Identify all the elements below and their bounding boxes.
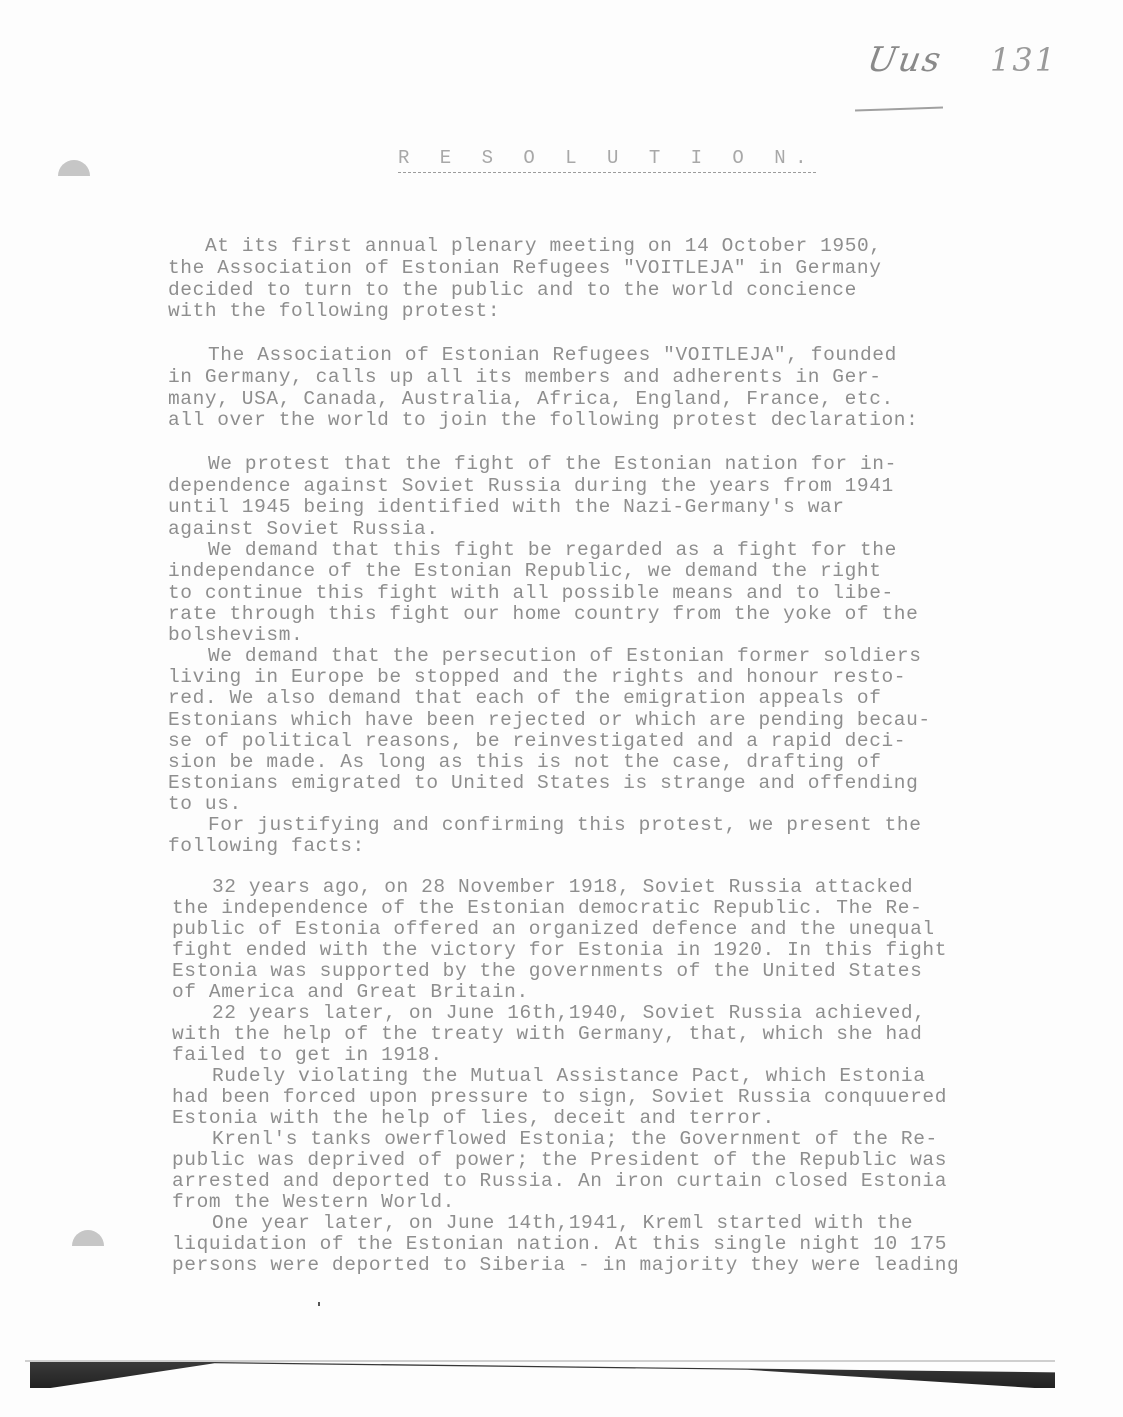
document-title: R E S O L U T I O N. [398, 147, 816, 173]
text-line: fight ended with the victory for Estonia… [172, 940, 947, 961]
text-line: all over the world to join the following… [168, 410, 918, 431]
archive-code: Uus [864, 40, 945, 80]
text-line: red. We also demand that each of the emi… [168, 688, 882, 709]
text-line: independance of the Estonian Republic, w… [168, 561, 882, 582]
text-line: Estonians which have been rejected or wh… [168, 710, 931, 731]
text-line: from the Western World. [172, 1192, 455, 1213]
text-line: against Soviet Russia. [168, 519, 439, 540]
text-line: se of political reasons, be reinvestigat… [168, 731, 906, 752]
text-line: Rudely violating the Mutual Assistance P… [212, 1066, 926, 1087]
page-bottom-shadow [30, 1362, 1055, 1388]
text-line: with the help of the treaty with Germany… [172, 1024, 922, 1045]
text-line: Estonia was supported by the governments… [172, 961, 922, 982]
text-line: 22 years later, on June 16th,1940, Sovie… [212, 1003, 926, 1024]
text-line: The Association of Estonian Refugees "VO… [208, 345, 897, 366]
text-line: until 1945 being identified with the Naz… [168, 497, 845, 518]
punch-hole-top [58, 160, 90, 176]
text-line: to continue this fight with all possible… [168, 583, 894, 604]
text-line: Krenl's tanks owerflowed Estonia; the Go… [212, 1129, 938, 1150]
text-line: We demand that the persecution of Estoni… [208, 646, 922, 667]
text-line: of America and Great Britain. [172, 982, 529, 1003]
text-line: We demand that this fight be regarded as… [208, 540, 897, 561]
text-line: sion be made. As long as this is not the… [168, 752, 882, 773]
text-line: public was deprived of power; the Presid… [172, 1150, 947, 1171]
text-line: rate through this fight our home country… [168, 604, 918, 625]
text-line: following facts: [168, 836, 365, 857]
punch-hole-bottom [72, 1230, 104, 1246]
text-line: 32 years ago, on 28 November 1918, Sovie… [212, 877, 913, 898]
text-line: One year later, on June 14th,1941, Kreml… [212, 1213, 913, 1234]
text-line: many, USA, Canada, Australia, Africa, En… [168, 389, 894, 410]
archive-number: 131 [990, 41, 1057, 79]
text-line: in Germany, calls up all its members and… [168, 367, 882, 388]
text-line: had been forced upon pressure to sign, S… [172, 1087, 947, 1108]
text-line: decided to turn to the public and to the… [168, 280, 857, 301]
text-line: Estonians emigrated to United States is … [168, 773, 918, 794]
handwritten-annotation: Uus131 [868, 40, 1057, 80]
text-line: arrested and deported to Russia. An iron… [172, 1171, 947, 1192]
text-line: bolshevism. [168, 625, 303, 646]
page-bottom-edge-line [25, 1360, 1055, 1362]
text-line: liquidation of the Estonian nation. At t… [172, 1234, 947, 1255]
text-line: with the following protest: [168, 301, 500, 322]
text-line: public of Estonia offered an organized d… [172, 919, 935, 940]
text-line: For justifying and confirming this prote… [208, 815, 922, 836]
text-line: the Association of Estonian Refugees "VO… [168, 258, 882, 279]
text-line: dependence against Soviet Russia during … [168, 476, 894, 497]
ink-speck [318, 1302, 320, 1306]
text-line: failed to get in 1918. [172, 1045, 443, 1066]
text-line: the independence of the Estonian democra… [172, 898, 922, 919]
text-line: persons were deported to Siberia - in ma… [172, 1255, 959, 1276]
document-page: Uus131 R E S O L U T I O N. At its first… [0, 0, 1123, 1417]
text-line: We protest that the fight of the Estonia… [208, 454, 897, 475]
handwritten-underline [855, 106, 943, 111]
text-line: Estonia with the help of lies, deceit an… [172, 1108, 775, 1129]
text-line: living in Europe be stopped and the righ… [168, 667, 906, 688]
text-line: to us. [168, 794, 242, 815]
text-line: At its first annual plenary meeting on 1… [205, 236, 882, 257]
